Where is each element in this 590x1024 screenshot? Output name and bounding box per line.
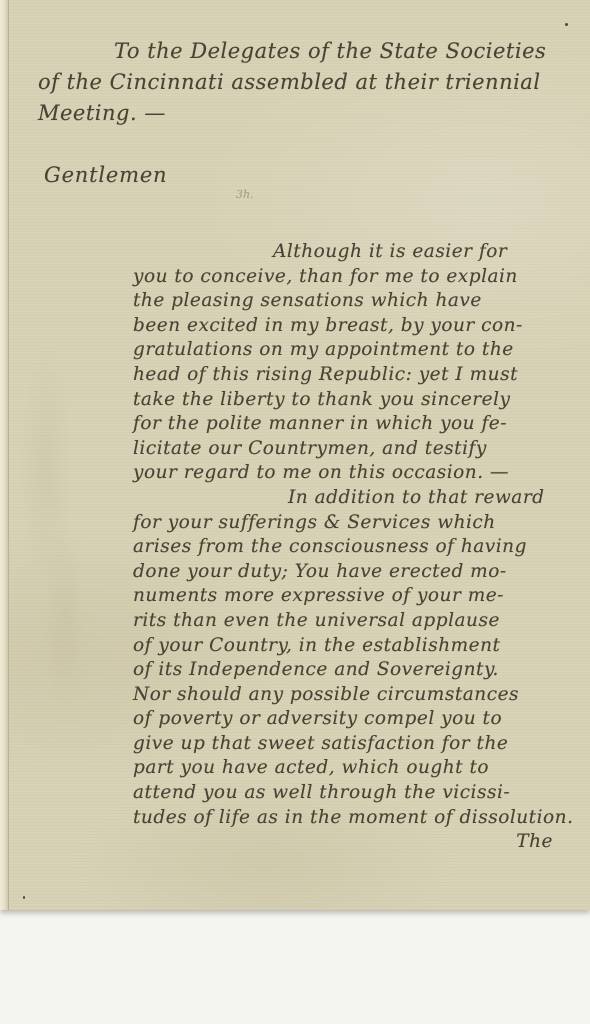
manuscript-line: Nor should any possible circumstances xyxy=(133,683,583,708)
manuscript-line: give up that sweet satisfaction for the xyxy=(133,732,583,757)
manuscript-line: head of this rising Republic: yet I must xyxy=(133,363,583,388)
letter-body: Although it is easier for you to conceiv… xyxy=(133,240,583,855)
manuscript-line: gratulations on my appointment to the xyxy=(133,338,583,363)
manuscript-line: you to conceive, than for me to explain xyxy=(133,265,583,290)
ink-showthrough-smudge xyxy=(10,300,100,720)
manuscript-line: part you have acted, which ought to xyxy=(133,756,583,781)
manuscript-line: take the liberty to thank you sincerely xyxy=(133,388,583,413)
manuscript-line: of its Independence and Sovereignty. xyxy=(133,658,583,683)
heading-line: To the Delegates of the State Societies xyxy=(38,36,583,67)
manuscript-line: for the polite manner in which you fe- xyxy=(133,412,583,437)
manuscript-line: for your sufferings & Services which xyxy=(133,511,583,536)
manuscript-line: done your duty; You have erected mo- xyxy=(133,560,583,585)
manuscript-line: In addition to that reward xyxy=(133,486,583,511)
pencil-annotation: 3h. xyxy=(236,188,254,201)
salutation: Gentlemen xyxy=(44,163,167,187)
manuscript-line: licitate our Countrymen, and testify xyxy=(133,437,583,462)
manuscript-line: of poverty or adversity compel you to xyxy=(133,707,583,732)
heading-line: of the Cincinnati assembled at their tri… xyxy=(38,67,583,98)
manuscript-line: of your Country, in the establishment xyxy=(133,634,583,659)
manuscript-line: tudes of life as in the moment of dissol… xyxy=(133,806,583,831)
manuscript-line: been excited in my breast, by your con- xyxy=(133,314,583,339)
manuscript-line: Although it is easier for xyxy=(133,240,583,265)
heading-line: Meeting. — xyxy=(38,98,583,129)
manuscript-line: attend you as well through the vicissi- xyxy=(133,781,583,806)
catchword: The xyxy=(133,830,583,855)
manuscript-line: the pleasing sensations which have xyxy=(133,289,583,314)
manuscript-line: numents more expressive of your me- xyxy=(133,584,583,609)
ink-speck xyxy=(565,23,568,26)
manuscript-page: To the Delegates of the State Societies … xyxy=(0,0,590,910)
page-left-edge xyxy=(0,0,9,910)
address-heading: To the Delegates of the State Societies … xyxy=(38,36,583,129)
manuscript-line: your regard to me on this occasion. — xyxy=(133,461,583,486)
scan-background: To the Delegates of the State Societies … xyxy=(0,0,590,1024)
manuscript-line: arises from the consciousness of having xyxy=(133,535,583,560)
ink-speck xyxy=(23,896,25,899)
manuscript-line: rits than even the universal applause xyxy=(133,609,583,634)
